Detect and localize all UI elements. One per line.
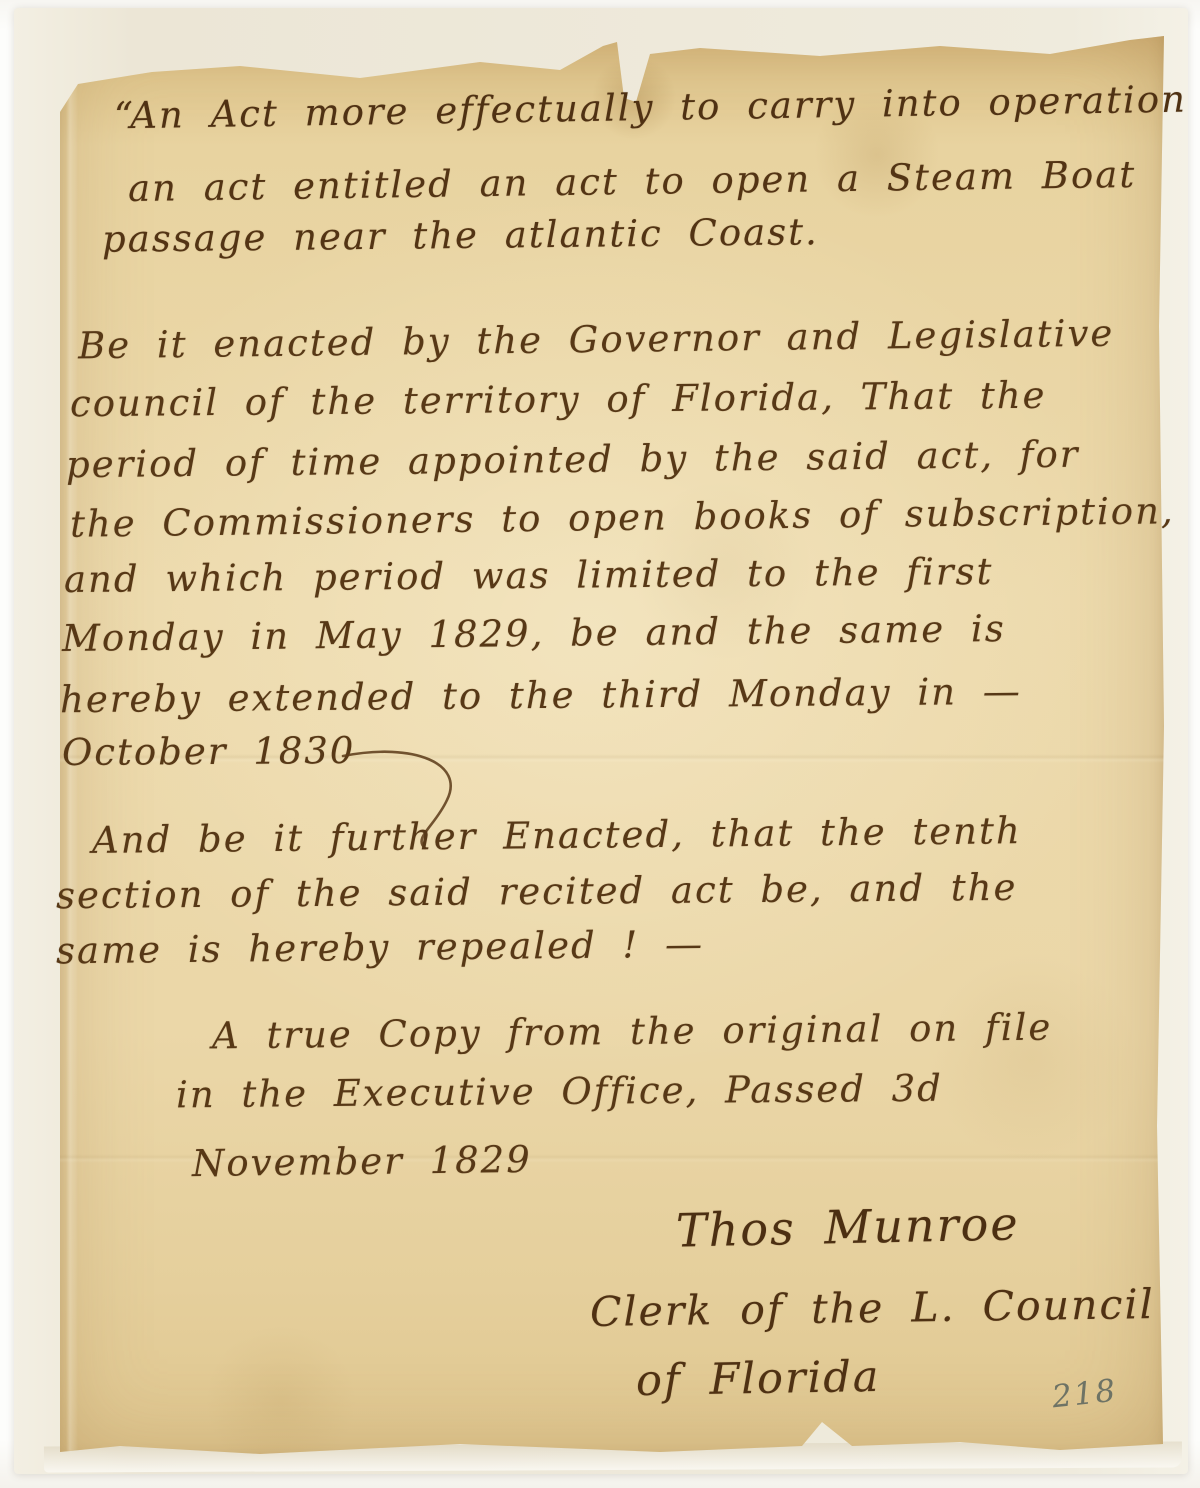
manuscript-line: section of the said recited act be, and … [56, 866, 1018, 917]
signature-title-line: Clerk of the L. Council [590, 1280, 1155, 1336]
manuscript-line: November 1829 [192, 1138, 532, 1185]
signature-title-line: of Florida [636, 1352, 881, 1406]
manuscript-line: same is hereby repealed ! — [56, 923, 704, 973]
manuscript-line: passage near the atlantic Coast. [102, 210, 819, 261]
manuscript-line: council of the territory of Florida, Tha… [70, 374, 1047, 426]
archival-number: 218 [1050, 1373, 1119, 1416]
scanned-manuscript-page: “An Act more effectually to carry into o… [0, 0, 1200, 1488]
manuscript-line: in the Executive Office, Passed 3d [176, 1067, 943, 1117]
signature-name: Thos Munroe [675, 1196, 1020, 1257]
manuscript-line: A true Copy from the original on file [212, 1006, 1053, 1058]
manuscript-line: and which period was limited to the firs… [64, 550, 994, 601]
manuscript-line: October 1830 [62, 729, 356, 774]
manuscript-line: hereby extended to the third Monday in — [60, 670, 1022, 721]
